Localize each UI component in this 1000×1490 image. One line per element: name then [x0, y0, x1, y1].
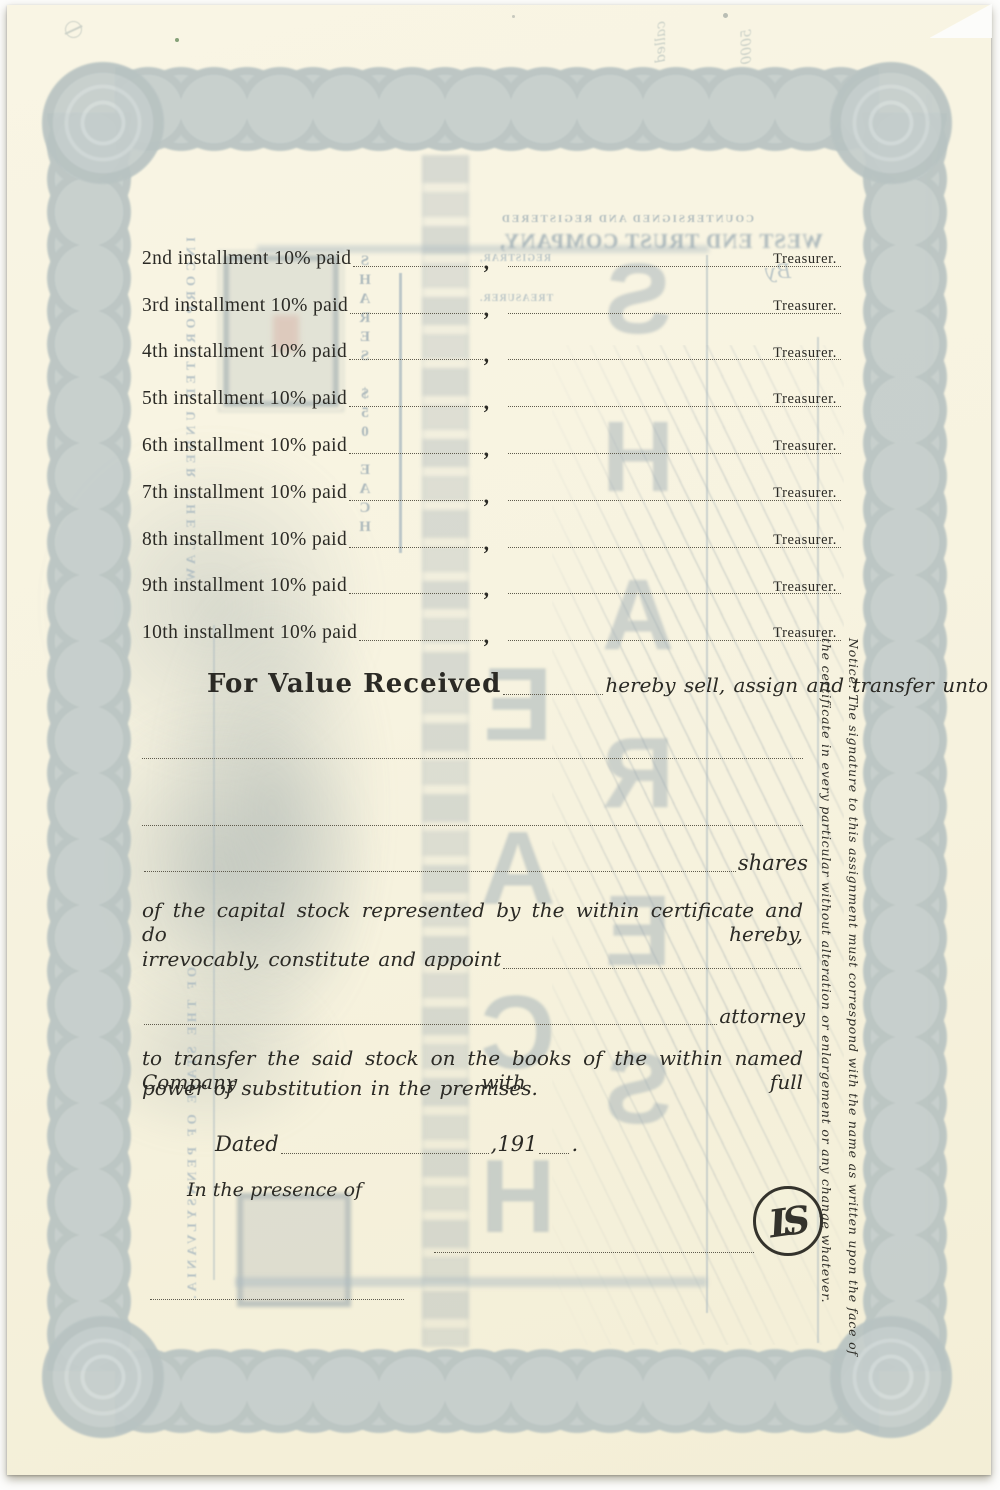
installment-date-line[interactable]	[359, 640, 482, 641]
witness-signature-line[interactable]	[150, 1299, 404, 1300]
shares-count-fill-line[interactable]	[144, 871, 736, 872]
installment-list: 2nd installment 10% paid , Treasurer. 3r…	[142, 224, 843, 645]
installment-date-line[interactable]	[350, 313, 482, 314]
installment-row: 3rd installment 10% paid , Treasurer.	[142, 271, 843, 318]
comma: ,	[485, 487, 491, 505]
installment-label: 2nd installment 10% paid	[142, 247, 351, 271]
seal-monogram: LS	[766, 1197, 800, 1245]
attorney-fill-line[interactable]	[144, 1024, 717, 1025]
installment-left-segment: 7th installment 10% paid ,	[142, 481, 490, 505]
installment-left-segment: 8th installment 10% paid ,	[142, 528, 490, 552]
installment-row: 6th installment 10% paid , Treasurer.	[142, 411, 843, 458]
installment-label: 8th installment 10% paid	[142, 528, 347, 552]
installment-row: 7th installment 10% paid , Treasurer.	[142, 458, 843, 505]
installment-row: 5th installment 10% paid , Treasurer.	[142, 364, 843, 411]
attorney-name-line[interactable]	[503, 968, 801, 969]
presence-label: In the presence of	[187, 1179, 362, 1201]
installment-row: 4th installment 10% paid , Treasurer.	[142, 318, 843, 365]
scan-area: COUNTERSIGNED AND REGISTERED WEST END TR…	[0, 0, 1000, 1490]
year-fill-line[interactable]	[539, 1153, 569, 1154]
installment-row: 9th installment 10% paid , Treasurer.	[142, 552, 843, 599]
date-fill-line[interactable]	[281, 1153, 489, 1154]
installment-left-segment: 5th installment 10% paid ,	[142, 387, 490, 411]
treasurer-label: Treasurer.	[773, 579, 837, 596]
installment-left-segment: 6th installment 10% paid ,	[142, 434, 490, 458]
installment-row: 2nd installment 10% paid , Treasurer.	[142, 224, 843, 271]
comma: ,	[485, 580, 491, 598]
books-clause-line2: power of substitution in the premises.	[142, 1076, 538, 1100]
printed-content: 2nd installment 10% paid , Treasurer. 3r…	[7, 5, 991, 1475]
assignor-name-line[interactable]	[503, 694, 603, 695]
signature-notice: Notice: The signature to this assignment…	[813, 638, 867, 1330]
comma: ,	[485, 440, 491, 458]
year-prefix: 191	[497, 1131, 537, 1158]
installment-left-segment: 3rd installment 10% paid ,	[142, 294, 490, 318]
treasurer-label: Treasurer.	[773, 391, 837, 408]
attorney-label: attorney	[719, 1003, 805, 1029]
stock-certificate-back: COUNTERSIGNED AND REGISTERED WEST END TR…	[7, 5, 991, 1475]
installment-left-segment: 4th installment 10% paid ,	[142, 340, 490, 364]
installment-date-line[interactable]	[349, 547, 482, 548]
treasurer-label: Treasurer.	[773, 532, 837, 549]
installment-row: 8th installment 10% paid , Treasurer.	[142, 505, 843, 552]
treasurer-label: Treasurer.	[773, 345, 837, 362]
attorney-line: attorney	[142, 1003, 805, 1029]
dated-line: Dated , 191 .	[215, 1131, 575, 1158]
transfer-clause: hereby sell, assign and transfer unto	[605, 671, 988, 699]
treasurer-label: Treasurer.	[773, 485, 837, 502]
installment-left-segment: 9th installment 10% paid ,	[142, 574, 490, 598]
installment-label: 3rd installment 10% paid	[142, 294, 348, 318]
comma: ,	[485, 346, 491, 364]
installment-label: 7th installment 10% paid	[142, 481, 347, 505]
notice-line2: the certificate in every particular with…	[813, 638, 840, 1330]
paper-corner-cut	[930, 4, 992, 38]
transferee-name-line[interactable]	[142, 825, 803, 826]
capital-stock-clause: of the capital stock represented by the …	[142, 898, 803, 946]
installment-date-line[interactable]	[349, 453, 482, 454]
appoint-line: irrevocably, constitute and appoint	[142, 946, 803, 973]
installment-label: 9th installment 10% paid	[142, 574, 347, 598]
installment-date-line[interactable]	[353, 266, 482, 267]
installment-date-line[interactable]	[349, 593, 482, 594]
appoint-clause: irrevocably, constitute and appoint	[142, 946, 501, 973]
treasurer-label: Treasurer.	[773, 438, 837, 455]
installment-label: 5th installment 10% paid	[142, 387, 347, 411]
comma: ,	[485, 253, 491, 271]
transferee-name-line[interactable]	[142, 758, 803, 759]
comma: ,	[485, 627, 491, 645]
installment-row: 10th installment 10% paid , Treasurer.	[142, 598, 843, 645]
installment-label: 6th installment 10% paid	[142, 434, 347, 458]
comma: ,	[485, 300, 491, 318]
dated-label: Dated	[215, 1131, 279, 1158]
for-value-received-heading: For Value Received	[207, 669, 501, 699]
installment-left-segment: 2nd installment 10% paid ,	[142, 247, 490, 271]
for-value-received-line: For Value Received hereby sell, assign a…	[207, 669, 828, 699]
treasurer-label: Treasurer.	[773, 251, 837, 268]
treasurer-label: Treasurer.	[773, 298, 837, 315]
end-period: .	[571, 1131, 578, 1158]
installment-label: 10th installment 10% paid	[142, 621, 357, 645]
stockholder-signature-line[interactable]	[434, 1252, 754, 1253]
notice-line1: Notice: The signature to this assignment…	[840, 638, 867, 1330]
installment-date-line[interactable]	[349, 359, 482, 360]
comma: ,	[485, 393, 491, 411]
shares-label: shares	[738, 850, 808, 876]
installment-date-line[interactable]	[349, 406, 482, 407]
year-comma: ,	[491, 1131, 498, 1158]
shares-count-line: shares	[142, 850, 808, 876]
comma: ,	[485, 534, 491, 552]
installment-label: 4th installment 10% paid	[142, 340, 347, 364]
installment-left-segment: 10th installment 10% paid ,	[142, 621, 490, 645]
installment-date-line[interactable]	[349, 500, 482, 501]
